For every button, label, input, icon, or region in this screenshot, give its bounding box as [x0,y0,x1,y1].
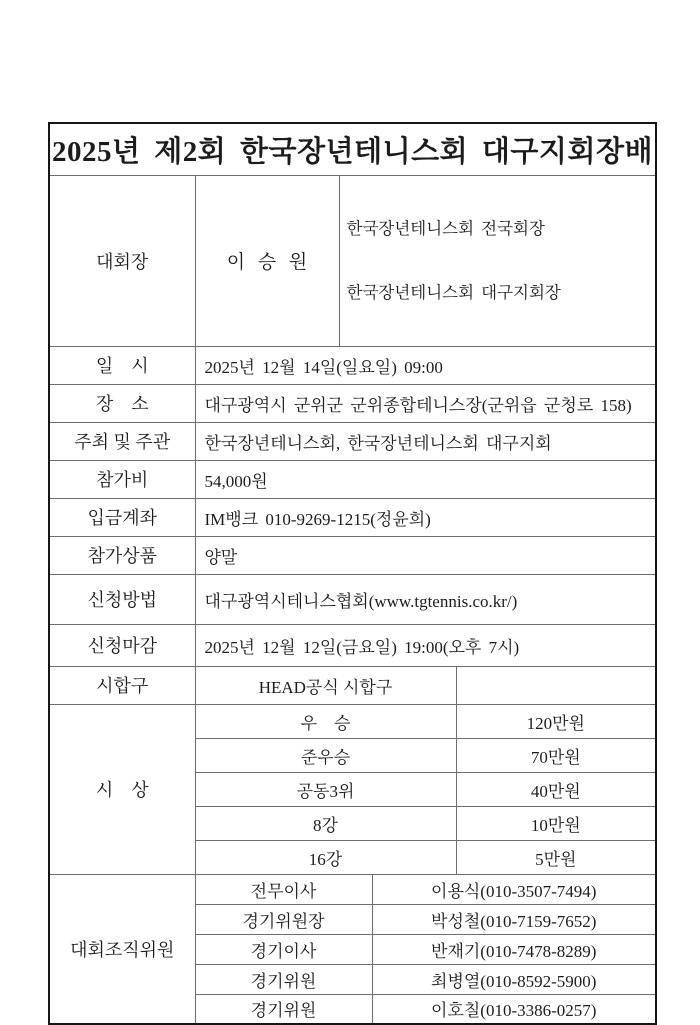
organizer-contact: 최병열(010-8592-5900) [372,964,656,994]
organizers-label: 대회조직위원 [49,874,195,1024]
info-value: 2025년 12월 12일(금요일) 19:00(오후 7시) [195,624,656,666]
organizer-position: 경기위원 [195,964,372,994]
ball-value: HEAD공식 시합구 [195,666,456,704]
host-title-line: 한국장년테니스회 전국회장 [347,217,655,241]
info-row-apply-deadline: 신청마감 2025년 12월 12일(금요일) 19:00(오후 7시) [49,624,656,666]
info-label: 장 소 [49,384,195,422]
info-row-apply-method: 신청방법 대구광역시테니스협회(www.tgtennis.co.kr/) [49,574,656,624]
info-row-datetime: 일 시 2025년 12월 14일(일요일) 09:00 [49,346,656,384]
info-value: 한국장년테니스회, 한국장년테니스회 대구지회 [195,422,656,460]
info-row-organizer: 주최 및 주관 한국장년테니스회, 한국장년테니스회 대구지회 [49,422,656,460]
host-title-line: 한국장년테니스회 대구지회장 [347,281,655,305]
ball-label: 시합구 [49,666,195,704]
organizer-position: 경기이사 [195,934,372,964]
document-title: 2025년 제2회 한국장년테니스회 대구지회장배 [49,123,656,175]
prize-amount: 120만원 [456,704,656,738]
info-value: 2025년 12월 14일(일요일) 09:00 [195,346,656,384]
host-name: 이 승 원 [195,175,339,346]
info-row-giveaway: 참가상품 양말 [49,536,656,574]
info-value: 양말 [195,536,656,574]
organizer-contact: 반재기(010-7478-8289) [372,934,656,964]
info-value: 대구광역시 군위군 군위종합테니스장(군위읍 군청로 158) [195,384,656,422]
prize-row: 시 상 우 승 120만원 [49,704,656,738]
prize-amount: 5만원 [456,840,656,874]
info-row-bank-account: 입금계좌 IM뱅크 010-9269-1215(정윤희) [49,498,656,536]
organizer-contact: 이호칠(010-3386-0257) [372,994,656,1024]
prize-amount: 10만원 [456,806,656,840]
info-row-venue: 장 소 대구광역시 군위군 군위종합테니스장(군위읍 군청로 158) [49,384,656,422]
info-label: 참가상품 [49,536,195,574]
organizer-contact: 박성철(010-7159-7652) [372,904,656,934]
organizer-contact: 이용식(010-3507-7494) [372,874,656,904]
info-label: 입금계좌 [49,498,195,536]
prize-place: 준우승 [195,738,456,772]
info-label: 참가비 [49,460,195,498]
prize-amount: 70만원 [456,738,656,772]
prize-place: 8강 [195,806,456,840]
info-label: 신청마감 [49,624,195,666]
info-label: 신청방법 [49,574,195,624]
host-label: 대회장 [49,175,195,346]
tournament-notice-table: 2025년 제2회 한국장년테니스회 대구지회장배 대회장 이 승 원 한국장년… [48,122,657,1025]
info-value: IM뱅크 010-9269-1215(정윤희) [195,498,656,536]
prizes-label: 시 상 [49,704,195,874]
info-value: 대구광역시테니스협회(www.tgtennis.co.kr/) [195,574,656,624]
title-row: 2025년 제2회 한국장년테니스회 대구지회장배 [49,123,656,175]
organizer-position: 경기위원장 [195,904,372,934]
host-titles-cell: 한국장년테니스회 전국회장 한국장년테니스회 대구지회장 [339,175,656,346]
prize-amount: 40만원 [456,772,656,806]
info-label: 일 시 [49,346,195,384]
info-value: 54,000원 [195,460,656,498]
info-label: 주최 및 주관 [49,422,195,460]
ball-row: 시합구 HEAD공식 시합구 [49,666,656,704]
prize-place: 우 승 [195,704,456,738]
prize-place: 16강 [195,840,456,874]
ball-note [456,666,656,704]
organizer-row: 대회조직위원 전무이사 이용식(010-3507-7494) [49,874,656,904]
organizer-position: 전무이사 [195,874,372,904]
host-row: 대회장 이 승 원 한국장년테니스회 전국회장 한국장년테니스회 대구지회장 [49,175,656,346]
prize-place: 공동3위 [195,772,456,806]
organizer-position: 경기위원 [195,994,372,1024]
info-row-fee: 참가비 54,000원 [49,460,656,498]
